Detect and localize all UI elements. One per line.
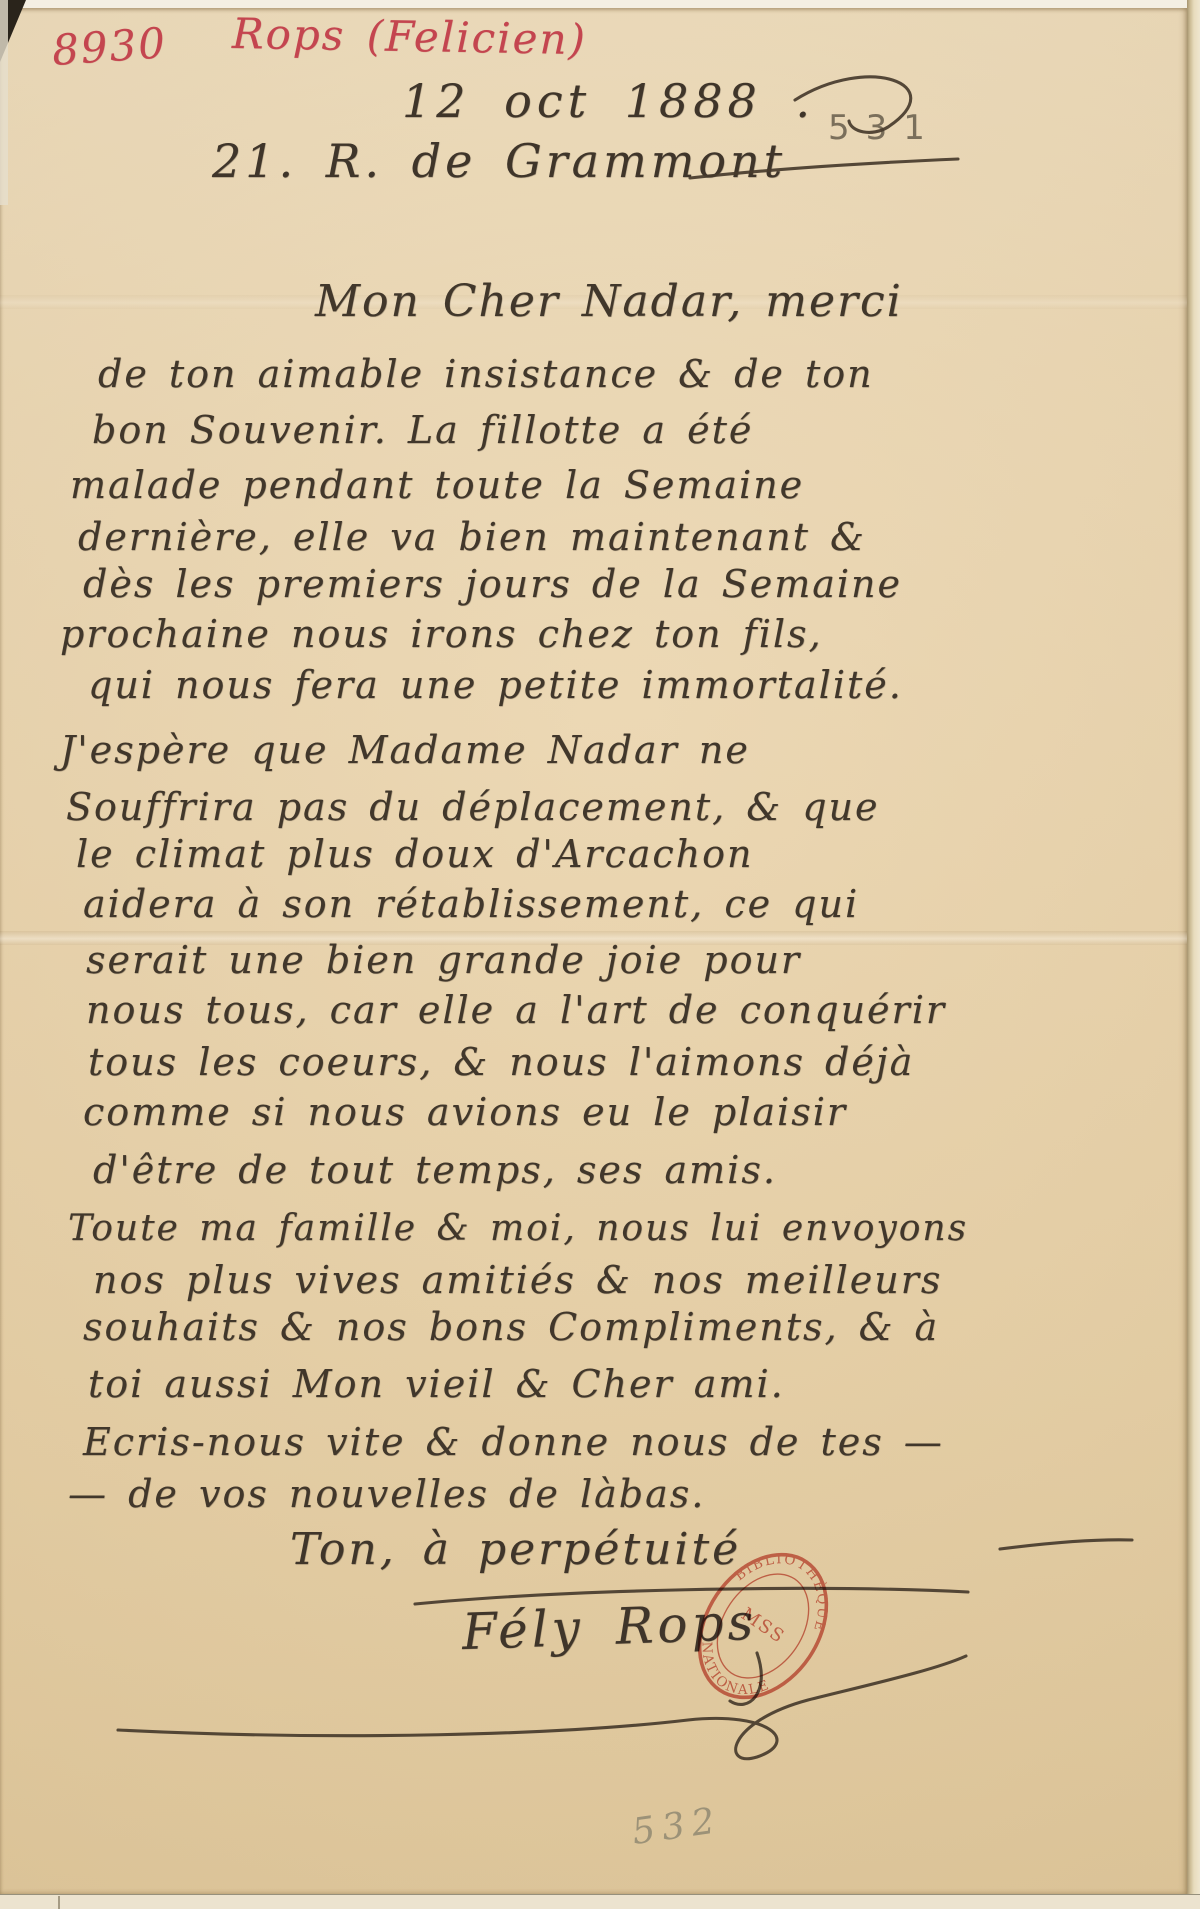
- inventory-number: 8930: [50, 18, 168, 75]
- letter-line: Mon Cher Nadar, merci: [315, 276, 903, 327]
- letter-line: Ecris-nous vite & donne nous de tes —: [83, 1420, 944, 1464]
- letter-line: malade pendant toute la Semaine: [70, 463, 804, 507]
- letter-line: le climat plus doux d'Arcachon: [76, 832, 754, 876]
- letter-line: Souffrira pas du déplacement, & que: [66, 785, 880, 829]
- date-line: 12 oct 1888 .: [402, 74, 815, 128]
- letter-line: dès les premiers jours de la Semaine: [83, 562, 902, 606]
- letter-line: tous les coeurs, & nous l'aimons déjà: [88, 1040, 914, 1084]
- address-line: 21. R. de Grammont: [212, 134, 786, 188]
- letter-line: toi aussi Mon vieil & Cher ami.: [88, 1362, 785, 1406]
- background-sheet-mark: [58, 1896, 60, 1909]
- folio-number-top: 531: [828, 108, 941, 148]
- letter-line: nous tous, car elle a l'art de conquérir: [86, 988, 946, 1032]
- letter-line: nos plus vives amitiés & nos meilleurs: [93, 1258, 942, 1302]
- letter-line: qui nous fera une petite immortalité.: [88, 663, 903, 707]
- letter-line: d'être de tout temps, ses amis.: [93, 1148, 777, 1192]
- collection-label: Rops (Felicien): [232, 9, 588, 64]
- letter-line: aidera à son rétablissement, ce qui: [83, 882, 859, 926]
- letter-line: prochaine nous irons chez ton fils,: [60, 612, 823, 656]
- letter-line: dernière, elle va bien maintenant &: [78, 515, 866, 559]
- background-sheet-top: [0, 0, 1200, 8]
- closing-line: Ton, à perpétuité: [290, 1524, 741, 1575]
- background-sheet-right: [1187, 0, 1200, 1909]
- letter-line: Toute ma famille & moi, nous lui envoyon…: [68, 1208, 968, 1249]
- letter-line: comme si nous avions eu le plaisir: [83, 1090, 847, 1134]
- letter-line: serait une bien grande joie pour: [86, 938, 801, 982]
- letter-line: souhaits & nos bons Compliments, & à: [83, 1305, 939, 1349]
- paper-left-edge: [0, 0, 8, 205]
- letter-line: de ton aimable insistance & de ton: [98, 352, 874, 396]
- stamp-text-center: MSS: [737, 1604, 789, 1648]
- letter-line: bon Souvenir. La fillotte a été: [92, 408, 753, 452]
- letter-scan: 8930 Rops (Felicien) 531 532 12 oct 1888…: [0, 0, 1200, 1909]
- letter-line: — de vos nouvelles de làbas.: [68, 1472, 705, 1516]
- background-sheet-bottom: [0, 1894, 1200, 1909]
- letter-line: J'espère que Madame Nadar ne: [60, 728, 750, 772]
